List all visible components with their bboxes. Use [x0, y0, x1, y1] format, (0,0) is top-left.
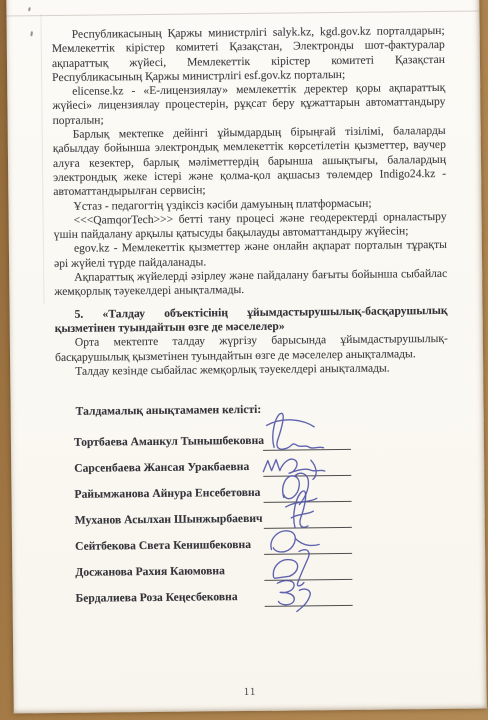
- signer-name: Сарсенбаева Жансая Уракбаевна: [74, 460, 249, 476]
- paragraph: Талдау кезінде сыбайлас жемқорлық тәуеке…: [55, 361, 448, 379]
- paragraph: Орта мектепте талдау жүргізу барысында ұ…: [55, 332, 448, 365]
- signature: [253, 566, 365, 611]
- paragraph: egov.kz - Мемлекеттік қызметтер және онл…: [54, 238, 447, 271]
- signer-name: Тортбаева Аманкул Тынышбековна: [74, 434, 264, 450]
- scan-speck: [28, 7, 31, 11]
- scan-page: Республикасының Қаржы министрлігі salyk.…: [6, 0, 487, 713]
- signer-row: Бердалиева Роза Кеңесбековна: [57, 583, 450, 613]
- section-5-heading: 5. «Талдау объектісінің ұйымдастырушылық…: [55, 304, 448, 337]
- paragraph: elicense.kz - «Е-лицензиялау» мемлекетті…: [52, 81, 445, 128]
- scanned-document: { "doc": { "paragraphs": [ "Республикасы…: [0, 0, 488, 720]
- scan-fold-line: [40, 14, 44, 304]
- signer-name: Райымжанова Айнура Енсебетовна: [74, 486, 260, 502]
- paragraph: Барлық мектепке дейінгі ұйымдардың бірың…: [53, 124, 447, 200]
- signers-list: Тортбаева Аманкул Тынышбековна Сарсенбае…: [56, 427, 451, 613]
- signer-name: Бердалиева Роза Кеңесбековна: [76, 591, 238, 607]
- paragraph: Республикасының Қаржы министрлігі salyk.…: [52, 24, 446, 85]
- signer-name: Сейтбекова Света Кенишбековна: [75, 538, 251, 554]
- paragraph: <<<QamqorTech>>> бетті тану процесі және…: [54, 210, 447, 243]
- document-text: Республикасының Қаржы министрлігі salyk.…: [52, 24, 451, 614]
- signer-name: Досжанова Рахия Каюмовна: [75, 565, 225, 581]
- paragraph: Ақпараттық жүйелерді әзірлеу және пайдал…: [54, 267, 447, 300]
- scan-speck: [30, 31, 33, 36]
- scan-crease: [6, 11, 479, 17]
- page-number: 11: [14, 684, 487, 701]
- signer-name: Муханов Асылхан Шынжырбаевич: [75, 512, 263, 528]
